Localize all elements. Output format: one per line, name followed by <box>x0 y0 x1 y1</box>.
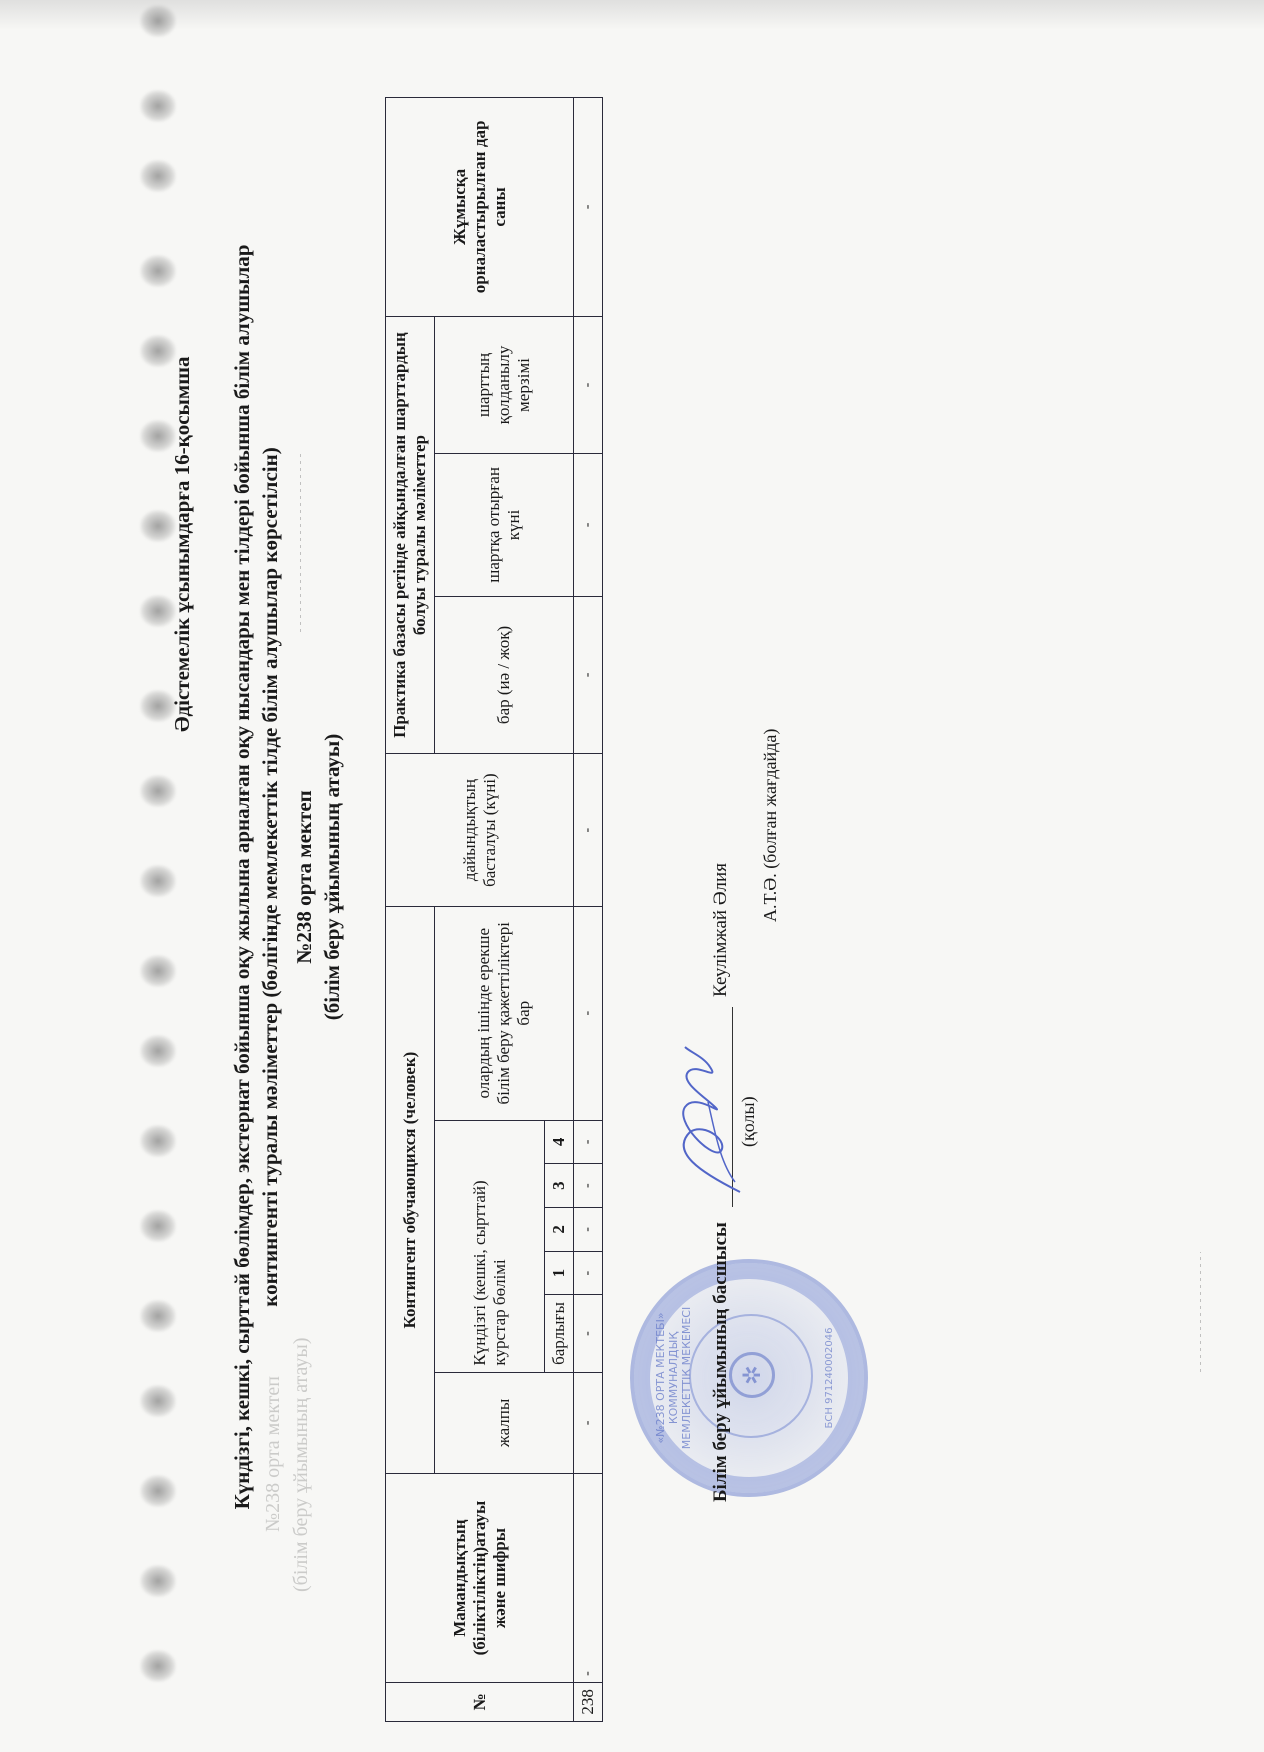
subheader-all: барлығы <box>545 1295 574 1372</box>
stamp-bin-label: БСН <box>824 1407 835 1428</box>
cell-specialty: - <box>574 1474 603 1683</box>
handwritten-signature-icon <box>660 1042 750 1202</box>
annex-label: Әдістемелік ұсынымдарға 16-қосымша <box>170 357 195 732</box>
signatory-role: Білім беру ұйымының басшысы <box>710 1222 732 1502</box>
stamp-bin: БСН 971240002046 <box>824 1303 835 1453</box>
subheader-course-4: 4 <box>545 1120 574 1164</box>
cell-course-4: - <box>574 1120 603 1164</box>
official-stamp: «№238 ОРТА МЕКТЕБІ» КОММУНАЛДЫҚ МЕМЛЕКЕТ… <box>630 1259 868 1497</box>
header-has-contract: бар (иә / жоқ) <box>435 596 574 754</box>
header-contract-date: шартқа отырған күні <box>435 454 574 596</box>
signatory-name: Кеулімжай Әлия <box>710 863 732 997</box>
subheader-course-3: 3 <box>545 1164 574 1208</box>
header-contingent-group: Контингент обучающихся (человек) <box>386 906 435 1473</box>
header-number: № <box>386 1682 574 1721</box>
title-line-1: Күндізгі, кешкі, сырттай бөлімдер, эксте… <box>228 152 256 1602</box>
document-title: Күндізгі, кешкі, сырттай бөлімдер, эксте… <box>228 152 346 1602</box>
bleed-through-text: (білім беру ұйымының атауы) <box>290 1338 313 1593</box>
header-contract-validity: шарттың қолданылу мерзімі <box>435 316 574 453</box>
table-row: 238 - - - - - - - - - - - - - <box>574 98 603 1722</box>
cell-contract-date: - <box>574 454 603 596</box>
bleed-through-text: №238 орта мектеп <box>262 1376 285 1532</box>
stamp-inner-text: «№238 ОРТА МЕКТЕБІ» КОММУНАЛДЫҚ МЕМЛЕКЕТ… <box>654 1293 693 1463</box>
header-training-start: дайындықтың басталуы (күні) <box>386 754 574 907</box>
stamp-bin-value: 971240002046 <box>824 1328 835 1404</box>
header-practice-group: Практика базасы ретінде айқындалған шарт… <box>386 316 435 753</box>
cell-special-needs: - <box>574 906 603 1120</box>
cell-all: - <box>574 1295 603 1372</box>
cell-course-2: - <box>574 1208 603 1252</box>
signature-caption: (қолы) <box>738 1096 759 1147</box>
subheader-course-1: 1 <box>545 1251 574 1295</box>
cell-employed-count: - <box>574 98 603 317</box>
cell-total: - <box>574 1372 603 1474</box>
cell-contract-validity: - <box>574 316 603 453</box>
header-total: жалпы <box>435 1372 574 1474</box>
emblem-icon: ✲ <box>729 1352 775 1398</box>
school-caption: (білім беру ұйымының атауы) <box>318 152 346 1602</box>
document-page: Әдістемелік ұсынымдарға 16-қосымша Күнді… <box>0 0 1264 1752</box>
cell-course-3: - <box>574 1164 603 1208</box>
scan-artifact <box>300 452 301 632</box>
cell-has-contract: - <box>574 596 603 754</box>
cell-course-1: - <box>574 1251 603 1295</box>
header-specialty: Мамандықтың (біліктіліктің)атауы және ши… <box>386 1474 574 1683</box>
header-employed-count: Жұмысқа орналастырылған дар саны <box>386 98 574 317</box>
subheader-course-2: 2 <box>545 1208 574 1252</box>
cell-training-start: - <box>574 754 603 907</box>
contingent-table: № Мамандықтың (біліктіліктің)атауы және … <box>385 97 603 1722</box>
header-special-needs: олардың ішінде ерекше білім беру қажетті… <box>435 906 574 1120</box>
fio-caption: А.Т.Ә. (болған жағдайда) <box>760 729 781 922</box>
signature-block: «№238 ОРТА МЕКТЕБІ» КОММУНАЛДЫҚ МЕМЛЕКЕТ… <box>700 302 840 1502</box>
header-fulltime: Күндізгі (кешкі, сырттай) курстар бөлімі <box>435 1120 545 1372</box>
cell-number: 238 <box>574 1682 603 1721</box>
scan-artifact <box>1200 1252 1201 1372</box>
